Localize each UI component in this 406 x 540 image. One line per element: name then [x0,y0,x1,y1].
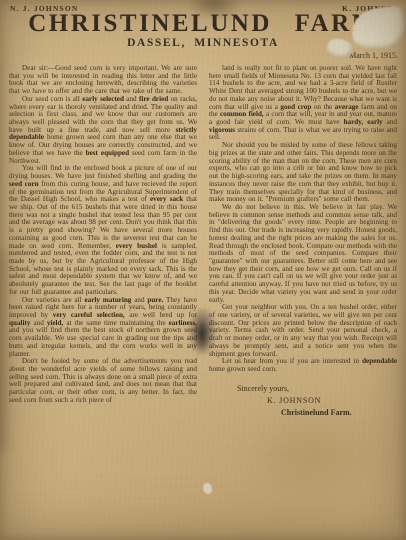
paragraph: You will find in the enclosed book a pic… [9,165,197,296]
paragraph: Dear sir:—Good seed corn is very importa… [9,65,197,96]
paragraph: We do not believe in this. We believe in… [209,204,397,304]
brown-blotch [250,410,380,500]
paper-fleck [203,483,212,494]
letter-date: March 1, 1915. [349,51,398,60]
left-column: Dear sir:—Good seed corn is very importa… [9,65,197,419]
paragraph: Our seed corn is all early selected and … [9,96,197,165]
letter-body: Dear sir:—Good seed corn is very importa… [0,65,406,419]
paragraph: Don't be fooled by some of the advertise… [9,358,197,404]
farm-title: CHRISTINELUND FARM [0,10,406,38]
paragraph: Our varieties are all early maturing and… [9,297,197,359]
signature-farm: Christinelund Farm. [281,407,397,419]
farm-location: DASSEL, MINNESOTA [0,37,406,49]
paragraph: Get your neighbor with you. On a ten bus… [209,304,397,358]
paragraph: Let us hear from you if you are interest… [209,358,397,373]
right-column: land is really not fit to plant on poore… [209,65,397,419]
closing-block: Sincerely yours,K. JOHNSONChristinelund … [209,383,397,419]
signature-name: K. JOHNSON [267,395,397,407]
paragraph: land is really not fit to plant on poore… [209,65,397,142]
closing-salutation: Sincerely yours, [237,383,397,395]
scanned-letter-page: { "letterhead": { "name_left": "N. J. JO… [0,0,406,540]
paragraph: Nor should you be misled by some of thes… [209,142,397,204]
